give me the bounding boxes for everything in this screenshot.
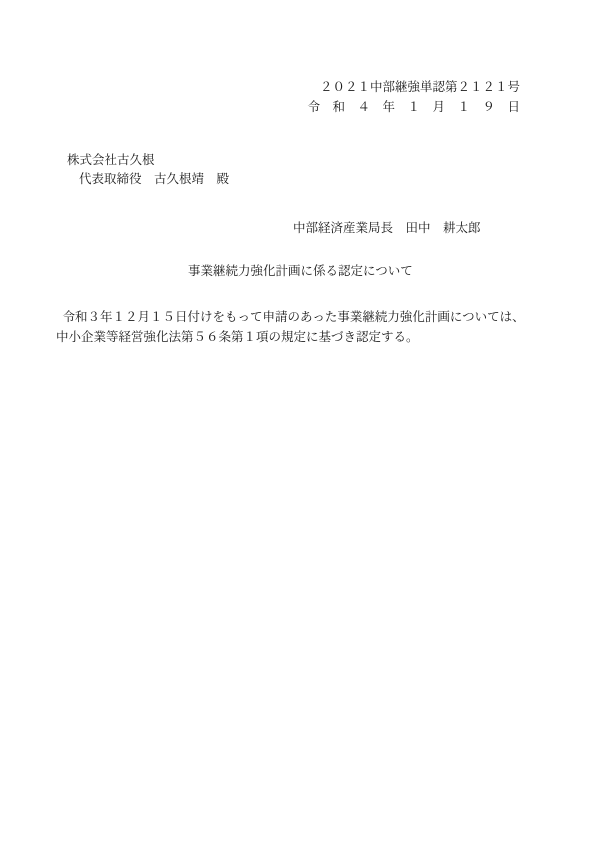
recipient-company-name: 株式会社古久根 [67, 153, 155, 167]
document-title: 事業継続力強化計画に係る認定について [188, 264, 413, 278]
recipient-representative-name: 代表取締役 古久根靖 殿 [79, 172, 229, 186]
document-number: ２０２１中部継強単認第２１２１号 [320, 80, 520, 94]
body-text-line: 令和３年１２月１５日付けをもって申請のあった事業継続力強化計画については、 [50, 310, 525, 324]
document-page: ２０２１中部継強単認第２１２１号 令 和 ４ 年 １ 月 １ ９ 日 株式会社古… [0, 0, 595, 842]
sender-name: 中部経済産業局長 田中 耕太郎 [293, 221, 481, 235]
document-date: 令 和 ４ 年 １ 月 １ ９ 日 [307, 100, 520, 114]
body-text-line: 中小企業等経営強化法第５６条第１項の規定に基づき認定する。 [56, 330, 419, 344]
